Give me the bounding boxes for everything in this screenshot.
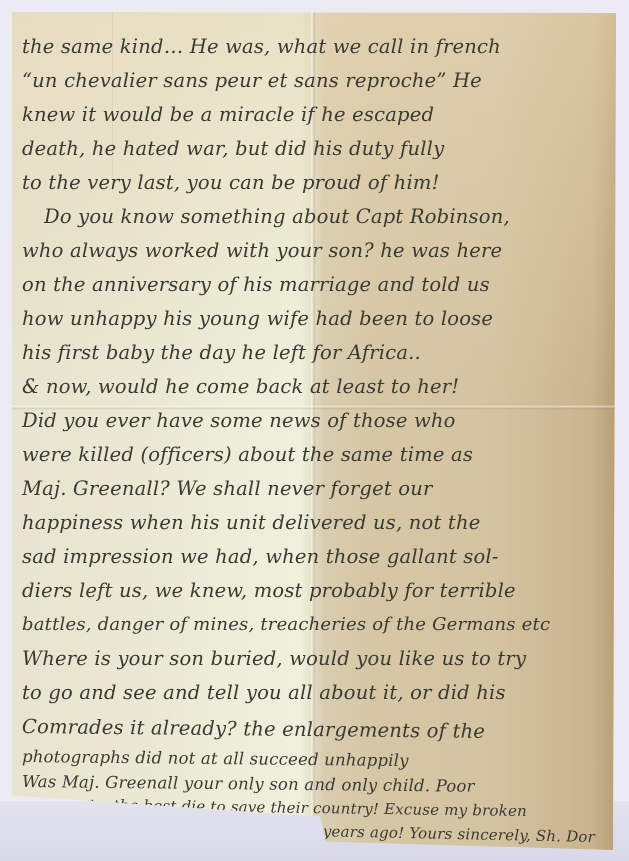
letter-line: his first baby the day he left for Afric… <box>22 336 612 370</box>
letter-line: to the very last, you can be proud of hi… <box>22 166 612 200</box>
letter-line: how unhappy his young wife had been to l… <box>22 302 612 336</box>
letter-line: Do you know something about Capt Robinso… <box>22 200 612 234</box>
letter-line: sad impression we had, when those gallan… <box>22 540 612 574</box>
letter-line: diers left us, we knew, most probably fo… <box>22 574 612 608</box>
letter-line: knew it would be a miracle if he escaped <box>22 98 612 132</box>
letter-line: to go and see and tell you all about it,… <box>22 676 612 710</box>
letter-line: Where is your son buried, would you like… <box>22 642 612 676</box>
letter-line: “un chevalier sans peur et sans reproche… <box>22 64 612 98</box>
letter-line: & now, would he come back at least to he… <box>22 370 612 404</box>
letter-line: who always worked with your son? he was … <box>22 234 612 268</box>
letter-line: happiness when his unit delivered us, no… <box>22 506 612 540</box>
letter-page: the same kind… He was, what we call in f… <box>12 12 616 850</box>
letter-line: Maj. Greenall? We shall never forget our <box>22 472 612 506</box>
letter-line: battles, danger of mines, treacheries of… <box>22 608 612 642</box>
letter-line: were killed (officers) about the same ti… <box>22 438 612 472</box>
letter-body: the same kind… He was, what we call in f… <box>22 30 612 835</box>
letter-line: death, he hated war, but did his duty fu… <box>22 132 612 166</box>
letter-line: the same kind… He was, what we call in f… <box>22 30 612 64</box>
letter-line: on the anniversary of his marriage and t… <box>22 268 612 302</box>
letter-line: Did you ever have some news of those who <box>22 404 612 438</box>
